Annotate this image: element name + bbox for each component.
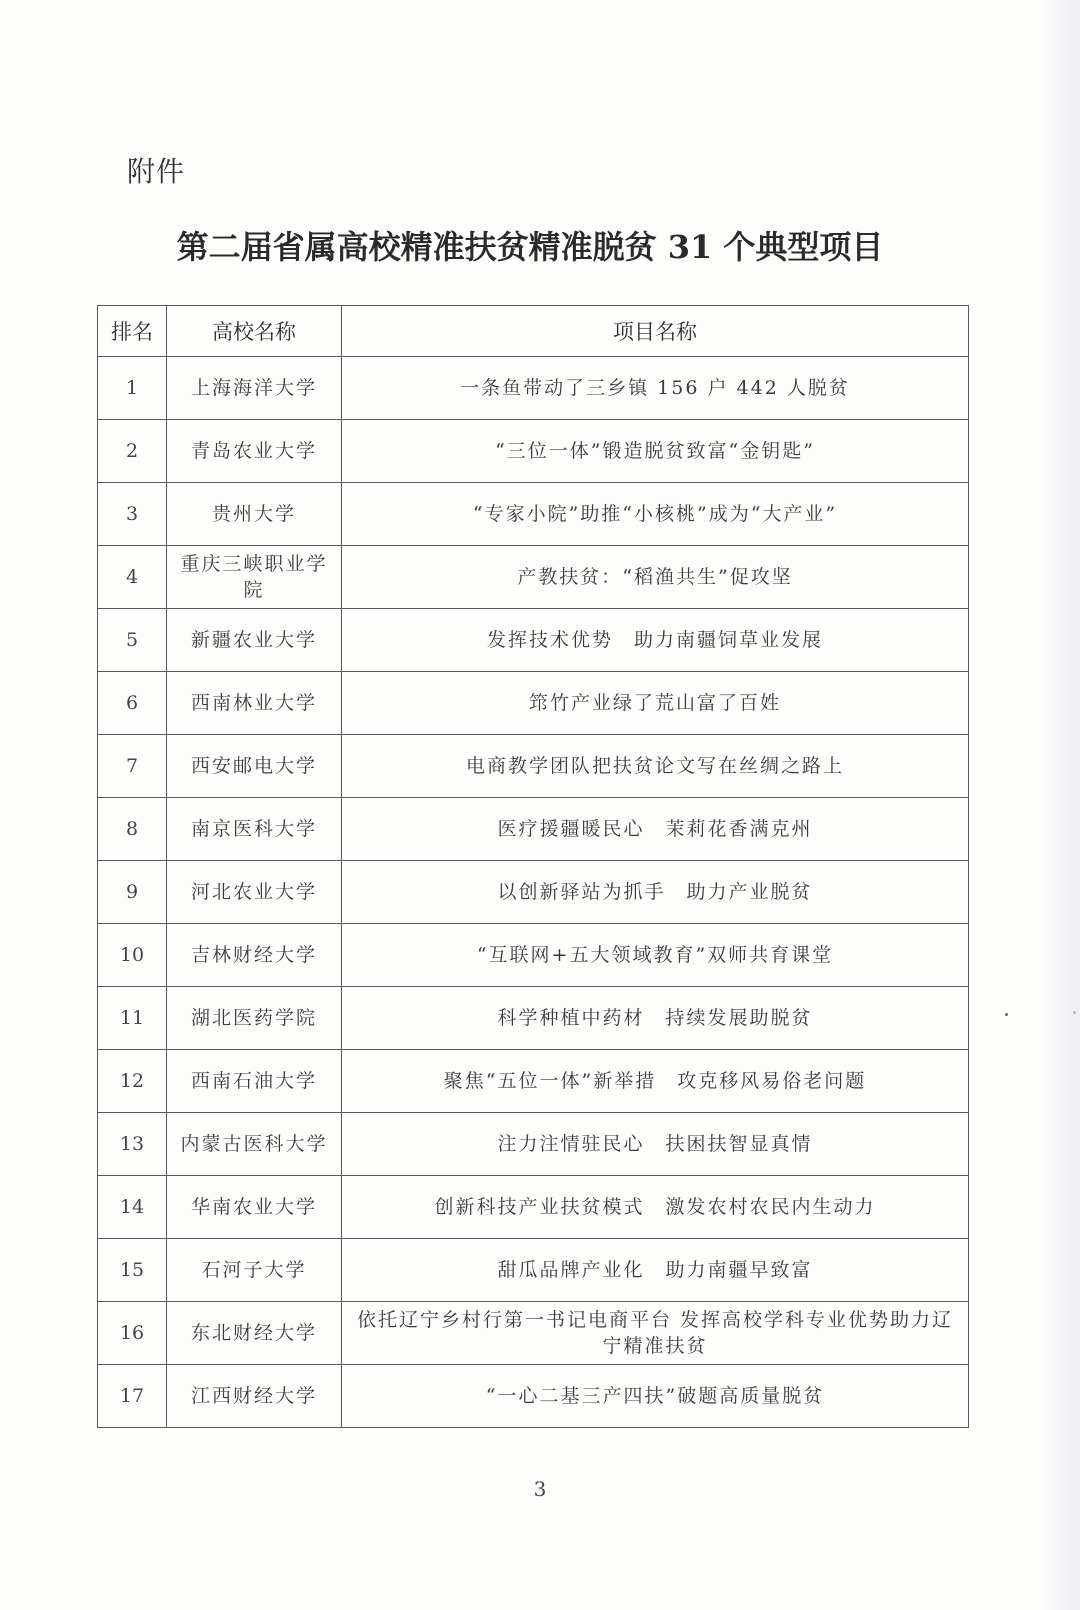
table-row: 15 石河子大学 甜瓜品牌产业化 助力南疆早致富 [98,1239,969,1302]
table-row: 4 重庆三峡职业学院 产教扶贫：“稻渔共生”促攻坚 [98,546,969,609]
project-cell: 以创新驿站为抓手 助力产业脱贫 [342,861,969,924]
rank-cell: 14 [98,1176,167,1239]
school-cell: 河北农业大学 [167,861,342,924]
table-row: 7 西安邮电大学 电商教学团队把扶贫论文写在丝绸之路上 [98,735,969,798]
project-cell: 医疗援疆暖民心 茉莉花香满克州 [342,798,969,861]
table-row: 13 内蒙古医科大学 注力注情驻民心 扶困扶智显真情 [98,1113,969,1176]
school-cell: 内蒙古医科大学 [167,1113,342,1176]
school-cell: 上海海洋大学 [167,357,342,420]
school-cell: 华南农业大学 [167,1176,342,1239]
project-cell: 筇竹产业绿了荒山富了百姓 [342,672,969,735]
school-cell: 西安邮电大学 [167,735,342,798]
rank-cell: 4 [98,546,167,609]
project-cell: 产教扶贫：“稻渔共生”促攻坚 [342,546,969,609]
rank-cell: 16 [98,1302,167,1365]
document-title: 第二届省属高校精准扶贫精准脱贫 31 个典型项目 [0,222,1060,268]
projects-table: 排名 高校名称 项目名称 1 上海海洋大学 一条鱼带动了三乡镇 156 户 44… [97,305,969,1428]
school-cell: 东北财经大学 [167,1302,342,1365]
project-cell: 聚焦“五位一体”新举措 攻克移风易俗老问题 [342,1050,969,1113]
school-cell: 湖北医药学院 [167,987,342,1050]
school-cell: 青岛农业大学 [167,420,342,483]
project-cell: 发挥技术优势 助力南疆饲草业发展 [342,609,969,672]
project-cell: 创新科技产业扶贫模式 激发农村农民内生动力 [342,1176,969,1239]
table-row: 16 东北财经大学 依托辽宁乡村行第一书记电商平台 发挥高校学科专业优势助力辽宁… [98,1302,969,1365]
table-row: 17 江西财经大学 “一心二基三产四扶”破题高质量脱贫 [98,1365,969,1428]
attachment-label: 附件 [127,150,185,190]
rank-cell: 10 [98,924,167,987]
project-cell: 甜瓜品牌产业化 助力南疆早致富 [342,1239,969,1302]
scan-speck [1073,1011,1076,1014]
rank-cell: 13 [98,1113,167,1176]
table-row: 14 华南农业大学 创新科技产业扶贫模式 激发农村农民内生动力 [98,1176,969,1239]
table-row: 9 河北农业大学 以创新驿站为抓手 助力产业脱贫 [98,861,969,924]
project-cell: “专家小院”助推“小核桃”成为“大产业” [342,483,969,546]
project-cell: “互联网+五大领域教育”双师共育课堂 [342,924,969,987]
project-cell: 依托辽宁乡村行第一书记电商平台 发挥高校学科专业优势助力辽宁精准扶贫 [342,1302,969,1365]
project-cell: 电商教学团队把扶贫论文写在丝绸之路上 [342,735,969,798]
rank-cell: 11 [98,987,167,1050]
table-row: 8 南京医科大学 医疗援疆暖民心 茉莉花香满克州 [98,798,969,861]
project-cell: “一心二基三产四扶”破题高质量脱贫 [342,1365,969,1428]
header-project: 项目名称 [342,306,969,357]
school-cell: 西南林业大学 [167,672,342,735]
rank-cell: 7 [98,735,167,798]
school-cell: 南京医科大学 [167,798,342,861]
project-cell: “三位一体”锻造脱贫致富“金钥匙” [342,420,969,483]
table-row: 11 湖北医药学院 科学种植中药材 持续发展助脱贫 [98,987,969,1050]
table-row: 1 上海海洋大学 一条鱼带动了三乡镇 156 户 442 人脱贫 [98,357,969,420]
table-header-row: 排名 高校名称 项目名称 [98,306,969,357]
project-cell: 科学种植中药材 持续发展助脱贫 [342,987,969,1050]
rank-cell: 5 [98,609,167,672]
rank-cell: 6 [98,672,167,735]
project-cell: 一条鱼带动了三乡镇 156 户 442 人脱贫 [342,357,969,420]
rank-cell: 15 [98,1239,167,1302]
rank-cell: 17 [98,1365,167,1428]
header-school: 高校名称 [167,306,342,357]
page-number: 3 [0,1477,1080,1501]
school-cell: 重庆三峡职业学院 [167,546,342,609]
school-cell: 江西财经大学 [167,1365,342,1428]
project-cell: 注力注情驻民心 扶困扶智显真情 [342,1113,969,1176]
table-row: 6 西南林业大学 筇竹产业绿了荒山富了百姓 [98,672,969,735]
school-cell: 吉林财经大学 [167,924,342,987]
table-row: 3 贵州大学 “专家小院”助推“小核桃”成为“大产业” [98,483,969,546]
school-cell: 西南石油大学 [167,1050,342,1113]
table-row: 10 吉林财经大学 “互联网+五大领域教育”双师共育课堂 [98,924,969,987]
school-cell: 新疆农业大学 [167,609,342,672]
rank-cell: 9 [98,861,167,924]
scan-speck [1005,1013,1008,1016]
table-row: 12 西南石油大学 聚焦“五位一体”新举措 攻克移风易俗老问题 [98,1050,969,1113]
table-row: 2 青岛农业大学 “三位一体”锻造脱贫致富“金钥匙” [98,420,969,483]
table-row: 5 新疆农业大学 发挥技术优势 助力南疆饲草业发展 [98,609,969,672]
rank-cell: 1 [98,357,167,420]
school-cell: 贵州大学 [167,483,342,546]
rank-cell: 12 [98,1050,167,1113]
rank-cell: 2 [98,420,167,483]
header-rank: 排名 [98,306,167,357]
rank-cell: 3 [98,483,167,546]
rank-cell: 8 [98,798,167,861]
school-cell: 石河子大学 [167,1239,342,1302]
